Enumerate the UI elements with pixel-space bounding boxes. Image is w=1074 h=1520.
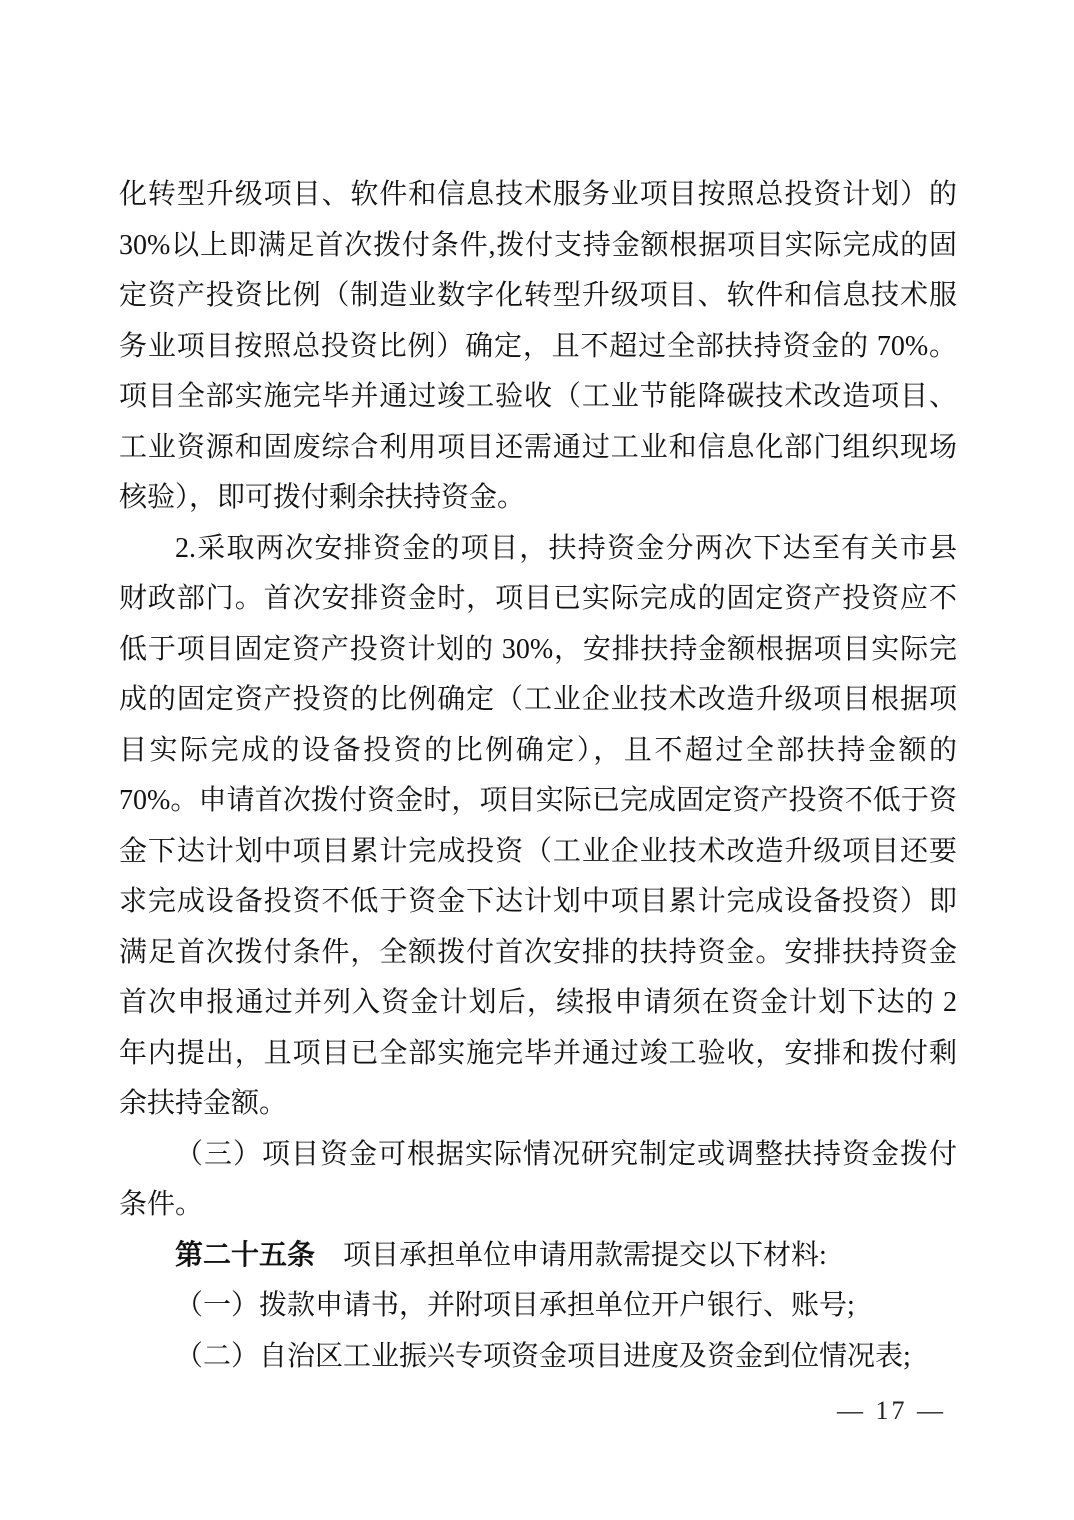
- text-line: 财政部门。首次安排资金时，项目已实际完成的固定资产投资应不: [119, 574, 957, 625]
- text-line: 求完成设备投资不低于资金下达计划中项目累计完成设备投资）即: [119, 877, 957, 928]
- text-line: 化转型升级项目、软件和信息技术服务业项目按照总投资计划）的: [119, 170, 957, 221]
- text-line: 满足首次拨付条件，全额拨付首次安排的扶持资金。安排扶持资金: [119, 928, 957, 979]
- text-line: 工业资源和固废综合利用项目还需通过工业和信息化部门组织现场: [119, 423, 957, 474]
- text-line: （三）项目资金可根据实际情况研究制定或调整扶持资金拨付: [119, 1130, 957, 1181]
- article-heading-text: 项目承担单位申请用款需提交以下材料:: [315, 1240, 827, 1271]
- text-line: 余扶持金额。: [119, 1079, 957, 1130]
- text-line: 2.采取两次安排资金的项目，扶持资金分两次下达至有关市县: [119, 524, 957, 575]
- text-line: 低于项目固定资产投资计划的 30%，安排扶持金额根据项目实际完: [119, 625, 957, 676]
- text-line: 项目全部实施完毕并通过竣工验收（工业节能降碳技术改造项目、: [119, 372, 957, 423]
- list-item: （二）自治区工业振兴专项资金项目进度及资金到位情况表;: [119, 1332, 957, 1383]
- text-line: 条件。: [119, 1180, 957, 1231]
- text-line: 定资产投资比例（制造业数字化转型升级项目、软件和信息技术服: [119, 271, 957, 322]
- list-item: （一）拨款申请书，并附项目承担单位开户银行、账号;: [119, 1281, 957, 1332]
- text-line: 30%以上即满足首次拨付条件,拨付支持金额根据项目实际完成的固: [119, 221, 957, 272]
- page-number: — 17 —: [837, 1396, 946, 1426]
- text-line: 成的固定资产投资的比例确定（工业企业技术改造升级项目根据项: [119, 675, 957, 726]
- document-page: 化转型升级项目、软件和信息技术服务业项目按照总投资计划）的 30%以上即满足首次…: [0, 0, 1074, 1520]
- text-line: 核验），即可拨付剩余扶持资金。: [119, 473, 957, 524]
- article-number: 第二十五条: [175, 1240, 315, 1271]
- text-line: 金下达计划中项目累计完成投资（工业企业技术改造升级项目还要: [119, 827, 957, 878]
- document-body: 化转型升级项目、软件和信息技术服务业项目按照总投资计划）的 30%以上即满足首次…: [119, 170, 957, 1382]
- text-line: 务业项目按照总投资比例）确定，且不超过全部扶持资金的 70%。: [119, 322, 957, 373]
- text-line: 年内提出，且项目已全部实施完毕并通过竣工验收，安排和拨付剩: [119, 1029, 957, 1080]
- text-line: 首次申报通过并列入资金计划后，续报申请须在资金计划下达的 2: [119, 978, 957, 1029]
- text-line: 目实际完成的设备投资的比例确定），且不超过全部扶持金额的: [119, 726, 957, 777]
- text-line: 70%。申请首次拨付资金时，项目实际已完成固定资产投资不低于资: [119, 776, 957, 827]
- article-heading: 第二十五条 项目承担单位申请用款需提交以下材料:: [119, 1231, 957, 1282]
